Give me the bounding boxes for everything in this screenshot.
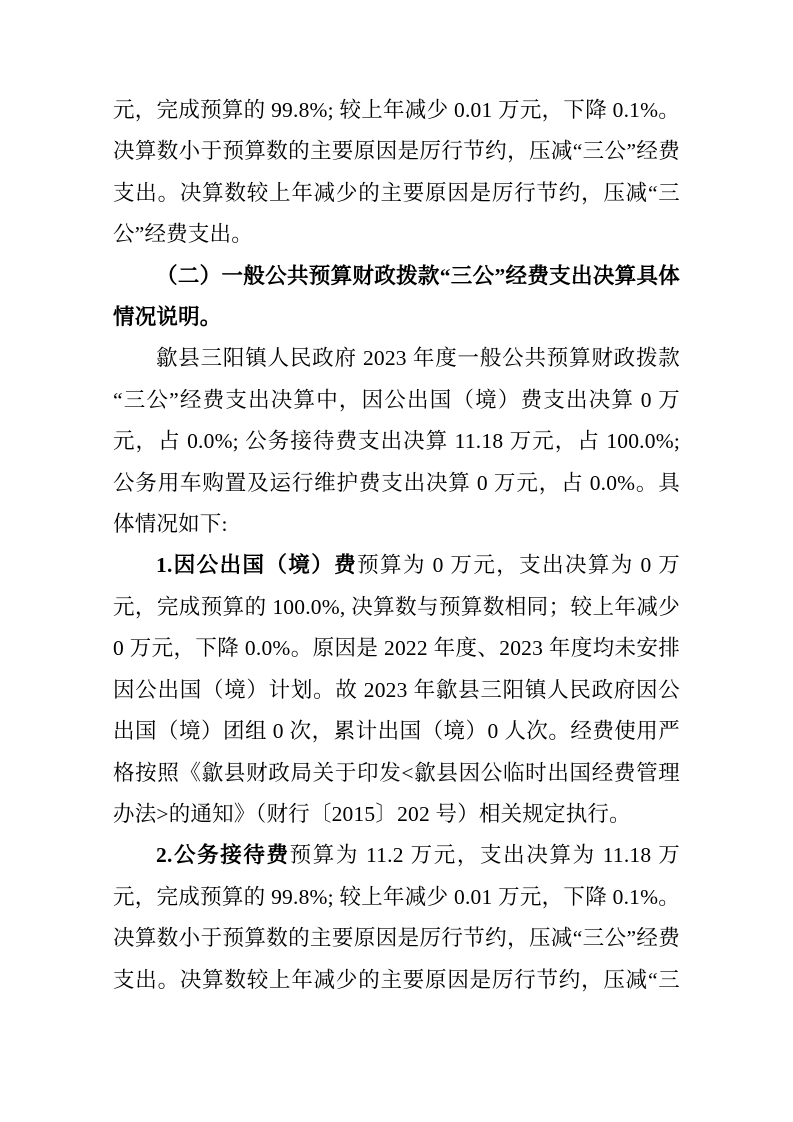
- item-1-lead: 1.因公出国（境）费: [156, 553, 357, 577]
- paragraph-continuation: 元，完成预算的 99.8%; 较上年减少 0.01 万元，下降 0.1%。决算数…: [113, 90, 680, 256]
- paragraph-item-2: 2.公务接待费预算为 11.2 万元，支出决算为 11.18 万元，完成预算的 …: [113, 835, 680, 1001]
- item-1-text: 预算为 0 万元，支出决算为 0 万元，完成预算的 100.0%, 决算数与预算…: [113, 553, 680, 825]
- section-heading: （二）一般公共预算财政拨款“三公”经费支出决算具体情况说明。: [113, 256, 680, 339]
- document-page: 元，完成预算的 99.8%; 较上年减少 0.01 万元，下降 0.1%。决算数…: [0, 0, 793, 1122]
- item-2-lead: 2.公务接待费: [156, 843, 290, 867]
- paragraph-overview: 歙县三阳镇人民政府 2023 年度一般公共预算财政拨款“三公”经费支出决算中，因…: [113, 338, 680, 545]
- paragraph-item-1: 1.因公出国（境）费预算为 0 万元，支出决算为 0 万元，完成预算的 100.…: [113, 545, 680, 835]
